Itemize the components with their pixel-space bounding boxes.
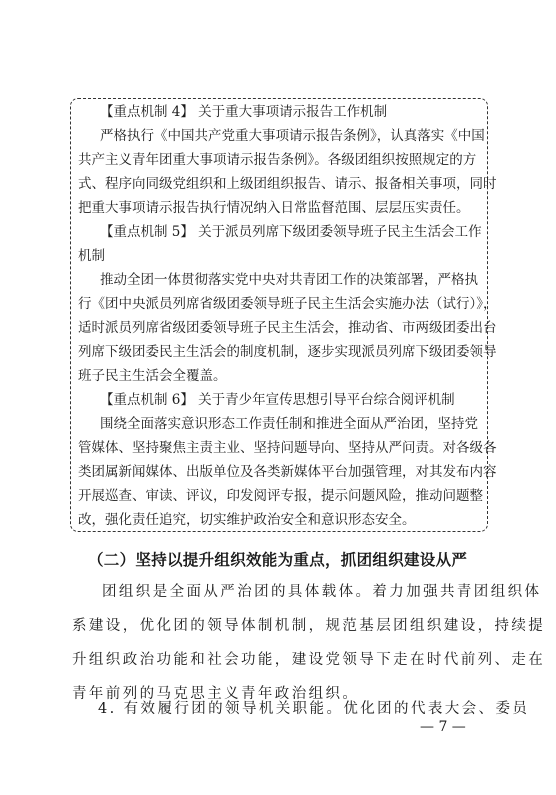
mechanism-6-line: 管媒体、坚持聚焦主责主业、坚持问题导向、坚持从严问责。对各级各 (78, 440, 475, 456)
mechanism-5-line: 班子民主生活会全覆盖。 (78, 368, 227, 384)
mechanism-5-title: 【重点机制 5】 关于派员列席下级团委领导班子民主生活会工作 (100, 224, 475, 240)
mechanism-4-line: 共产主义青年团重大事项请示报告条例》。各级团组织按照规定的方 (78, 152, 475, 168)
body-line: 团组织是全面从严治团的具体载体。着力加强共青团组织体 (102, 583, 478, 601)
mechanism-5-line: 推动全团一体贯彻落实党中央对共青团工作的决策部署，严格执 (100, 272, 475, 288)
mechanism-5-line: 列席下级团委民主生活会的制度机制，逐步实现派员列席下级团委领导 (78, 344, 475, 360)
mechanism-4-title: 【重点机制 4】 关于重大事项请示报告工作机制 (100, 104, 387, 120)
mechanism-4-line: 式、程序向同级党组织和上级团组织报告、请示、报备相关事项，同时 (78, 176, 475, 192)
section-heading: （二）坚持以提升组织效能为重点，抓团组织建设从严 (88, 548, 467, 570)
mechanism-6-title: 【重点机制 6】 关于青少年宣传思想引导平台综合阅评机制 (100, 392, 455, 408)
mechanism-5-title-cont: 机制 (78, 248, 105, 264)
mechanism-5-line: 适时派员列席省级团委领导班子民主生活会，推动省、市两级团委出台 (78, 320, 475, 336)
mechanism-6-line: 类团属新闻媒体、出版单位及各类新媒体平台加强管理，对其发布内容 (78, 464, 475, 480)
mechanism-6-line: 开展巡查、审读、评议，印发阅评专报，提示问题风险，推动问题整 (78, 488, 475, 504)
body-line: 升组织政治功能和社会功能，建设党领导下走在时代前列、走在 (72, 651, 478, 669)
mechanism-4-line: 把重大事项请示报告执行情况纳入日常监督范围、层层压实责任。 (78, 200, 470, 216)
mechanism-5-line: 行《团中央派员列席省级团委领导班子民主生活会实施办法（试行）》， (78, 296, 475, 312)
body-line: 系建设，优化团的领导体制机制，规范基层团组织建设，持续提 (72, 617, 478, 635)
mechanism-6-line: 改，强化责任追究，切实维护政治安全和意识形态安全。 (78, 512, 416, 528)
mechanism-4-line: 严格执行《中国共产党重大事项请示报告条例》，认真落实《中国 (100, 128, 475, 144)
page-number: — 7 — (420, 719, 466, 735)
mechanism-6-line: 围绕全面落实意识形态工作责任制和推进全面从严治团，坚持党 (100, 416, 475, 432)
body-line-numbered: 4. 有效履行团的领导机关职能。优化团的代表大会、委员 (98, 700, 478, 718)
